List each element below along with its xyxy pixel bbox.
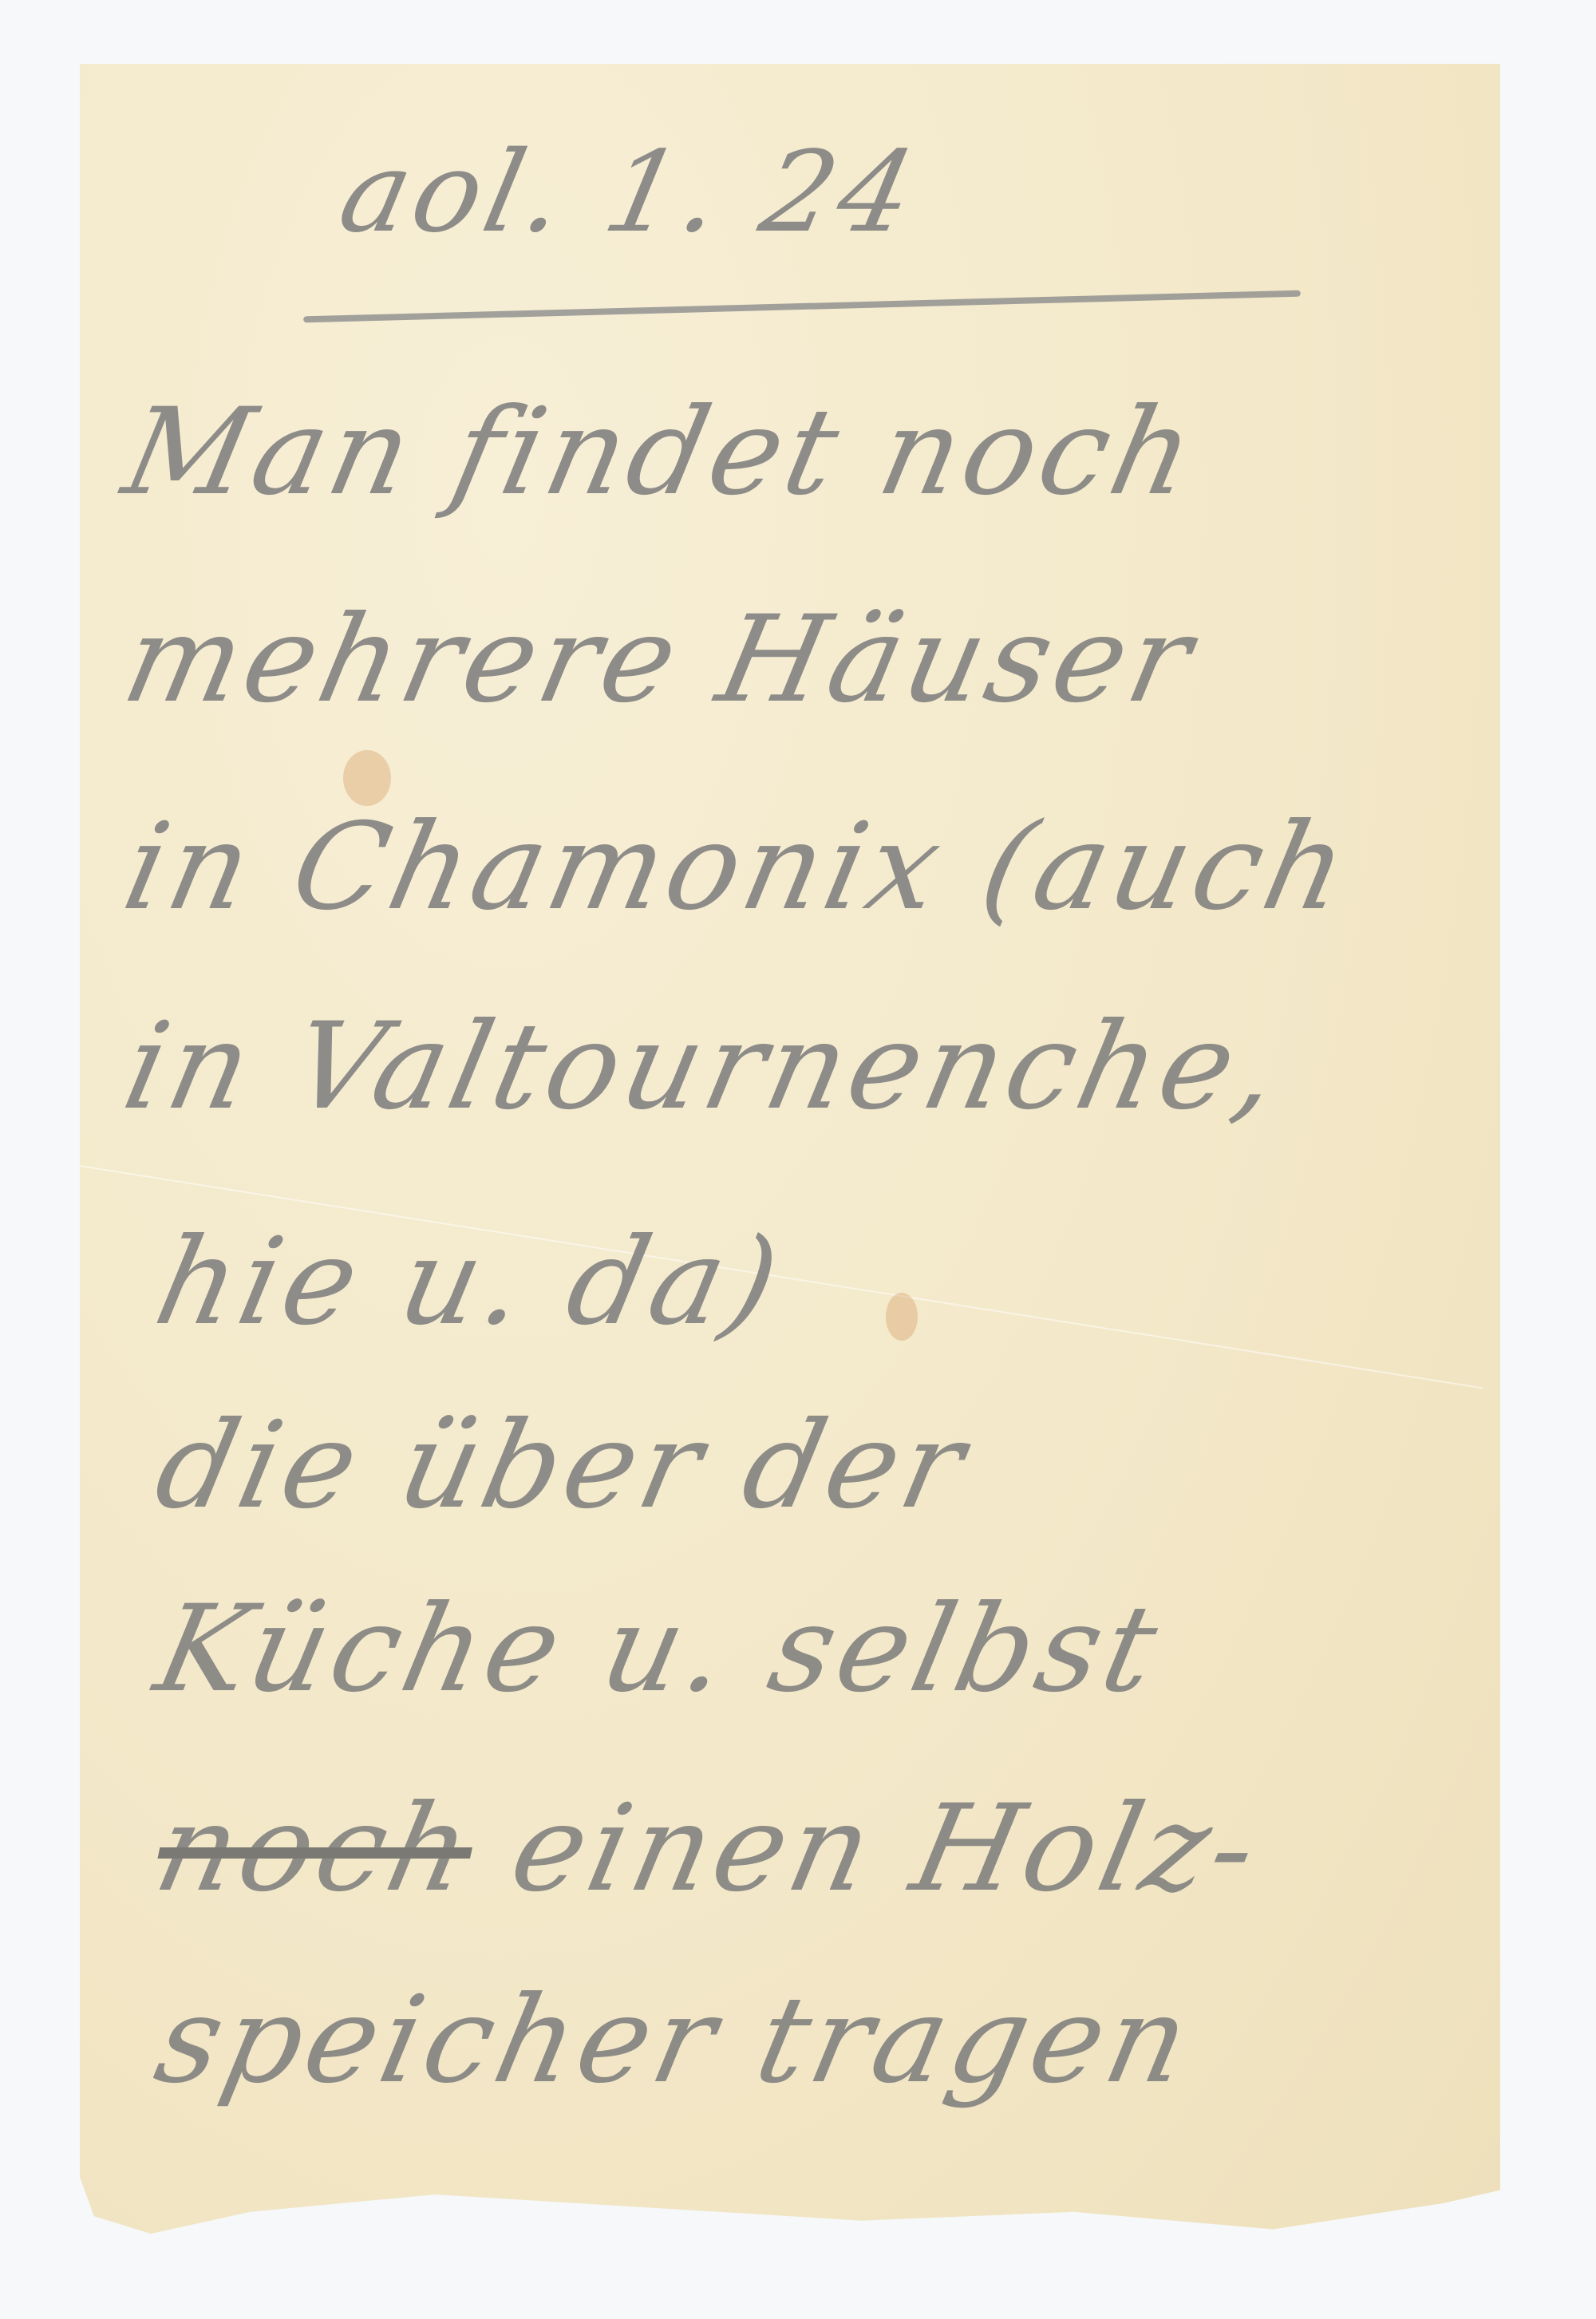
- text-line-4: in Valtournenche,: [113, 998, 1295, 1136]
- text-line-1: Man findet noch: [113, 383, 1211, 522]
- struck-word: noch: [145, 1780, 488, 1918]
- header-date: aol. 1. 24: [330, 128, 930, 258]
- text-line-6: die über der: [145, 1397, 981, 1535]
- text-line-8: noch einen Holz-: [145, 1780, 1273, 1918]
- text-line-9: speicher tragen: [145, 1971, 1205, 2110]
- text-line-5: hie u. da): [145, 1213, 795, 1352]
- stain: [886, 1293, 918, 1341]
- text-line-3: in Chamonix (auch: [113, 798, 1364, 937]
- header-underline: [303, 290, 1301, 323]
- text-line-2: mehrere Häuser: [113, 591, 1208, 729]
- line-8-text: einen Holz-: [500, 1780, 1273, 1918]
- text-line-7: Küche u. selbst: [145, 1580, 1173, 1719]
- paper-sheet: aol. 1. 24 Man findet noch mehrere Häuse…: [80, 64, 1500, 2242]
